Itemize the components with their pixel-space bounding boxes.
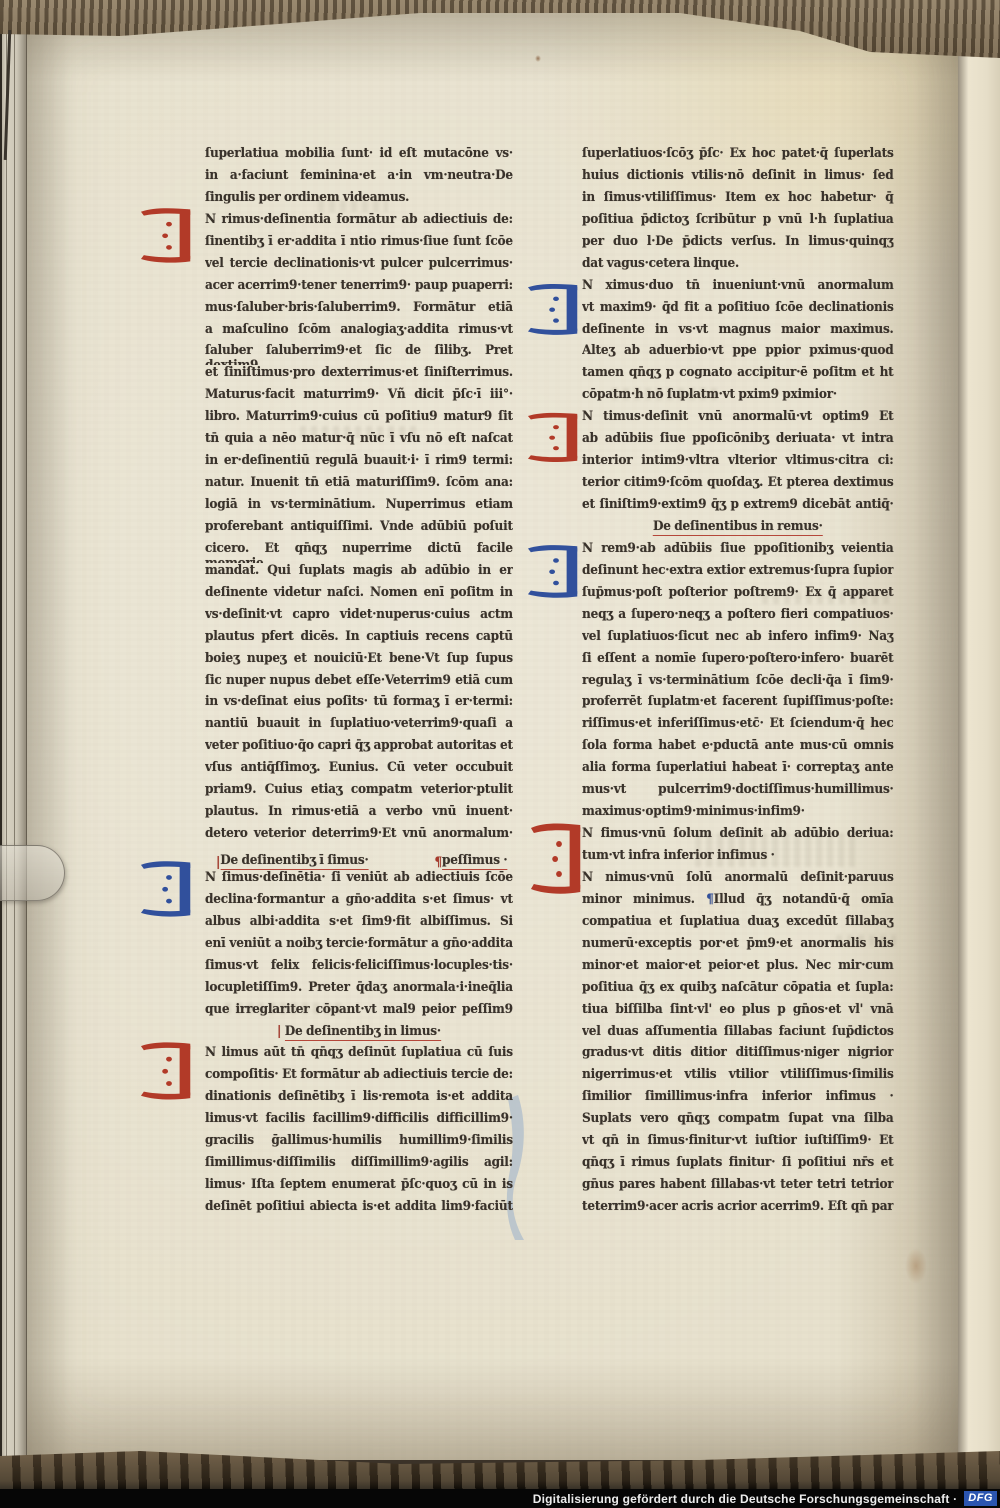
text-line: et ſiniſtim9·extim9 q̄ʒ p extrem9 dicebā…	[582, 497, 894, 519]
digitization-credit-bar: Digitalisierung gefördert durch die Deut…	[0, 1489, 1000, 1508]
text-line: deſinunt hec·extra extior extremus·ſupra…	[582, 563, 894, 585]
text-line: natur. Inuenit̄ tn̄ etiā maturiſſim9. ſc…	[205, 475, 513, 497]
text-line: ſup̄mus·poſt poſterior poſtrem9· Ex q̄ a…	[582, 585, 894, 607]
illuminated-initial-I-in-rimus	[140, 204, 198, 266]
text-line: N timus·deſinit vnū anormalū·vt optim9 E…	[582, 409, 894, 431]
text-line: vs·deſinit·vt capro videt̄·nuperus·cuius…	[205, 607, 513, 629]
text-line: nantiū buauit in ſuplatiuo·veterrim9·qua…	[205, 716, 513, 738]
text-line: plautus. In rimus·etiā a verbo vnū inuen…	[205, 804, 513, 826]
text-line: tn̄ quia a nēo matur·q̄ nūc ī vſu nō eſt…	[205, 431, 513, 453]
page-holder-clip	[0, 845, 65, 901]
text-line: ſimilior ſimillimus·infra inferior infim…	[582, 1089, 894, 1111]
text-line: gn̄us pares habent ſillabas·vt teter tet…	[582, 1177, 894, 1199]
digitized-manuscript-scan: ſuperlatiua mobilia ſunt· id eſt mutacōn…	[0, 0, 1000, 1508]
text-line: que irreglariter cōpant̄·vt mal9 peior p…	[205, 1002, 513, 1024]
text-line: alia forma ſuperlatiui habeat ī· corrept…	[582, 760, 894, 782]
underlying-page-edge	[955, 40, 1000, 1460]
text-line: mus·vt pulcerrim9·doctiſſimus·humillimus…	[582, 782, 894, 804]
text-line: locupletiſſim9. Preter q̄daʒ anormala·i·…	[205, 980, 513, 1002]
text-line: vt qn̄ in ſimus·finitur·vt iuſtior iuſti…	[582, 1133, 894, 1155]
text-line: ſimillimus·diſſimilis diſſimillim9·agili…	[205, 1155, 513, 1177]
text-line: N ximus·duo tn̄ inueniunt̄·vnū anormalum	[582, 278, 894, 300]
text-line: huius dictionis vtilis·nō deſinit in lim…	[582, 168, 894, 190]
text-line: limus·vt facilis facillim9·difficilis di…	[205, 1111, 513, 1133]
text-line: dat vagus·cetera linque.	[582, 256, 894, 278]
text-line: acer acerrim9·tener tenerrim9· paup puap…	[205, 278, 513, 300]
text-line: ſuperlatiua mobilia ſunt· id eſt mutacōn…	[205, 146, 513, 168]
text-line: deſinente in vs·vt magnus maior maximus.	[582, 322, 894, 344]
text-column-left: ſuperlatiua mobilia ſunt· id eſt mutacōn…	[205, 146, 513, 1221]
text-line: tum·vt infra inferior infimus ·	[582, 848, 894, 870]
text-line: riſſimus·et inferiſſimus·etc̄· Et ſciend…	[582, 716, 894, 738]
text-line: gracilis ḡallimus·humilis humillim9·ſimi…	[205, 1133, 513, 1155]
text-line: numerū·exceptis por·et p̄m9·et anormalis…	[582, 936, 894, 958]
dfg-logo: DFG	[964, 1491, 997, 1506]
text-line: ſinentibʒ ī er·addita ī ntio rimus·ſiue …	[205, 234, 513, 256]
text-line: mandat̄. Qui ſuplat̄s magis ab adūbio in…	[205, 563, 513, 585]
text-line: interior intim9·vltra vlterior vltimus·c…	[582, 453, 894, 475]
text-line: N ſimus·deſinētia· ſi veniūt ab adiectiu…	[205, 870, 513, 892]
text-line: ſingulis per ordinem videamus.	[205, 190, 513, 212]
illuminated-initial-I-in-simus	[140, 857, 198, 920]
text-line: declina·formantur a gn̄o·addita s·et ſim…	[205, 892, 513, 914]
text-line: N rem9·ab adūbiis ſiue ppoſitionibʒ veie…	[582, 541, 894, 563]
text-line: boieʒ nupeʒ et nouiciū·Et bene·Vt ſup ſu…	[205, 651, 513, 673]
text-line: nigerrimus·et vtilis vtilior vtiliſſimus…	[582, 1067, 894, 1089]
text-line: proferrēt ſuplat̄m·et facerent ſupiſſimu…	[582, 694, 894, 716]
section-heading: | De deſinentibʒ in limus·	[205, 1024, 513, 1046]
text-line: ſaluber ſaluberrim9·et ſic de ſilibʒ. Pr…	[205, 343, 513, 365]
text-line: neqʒ a ſupero·neqʒ a poſtero fieri compa…	[582, 607, 894, 629]
illuminated-initial-I-in-fimus-nimus	[530, 818, 588, 898]
text-line: a maſculino ſcōm analogiaʒ·addita rimus·…	[205, 322, 513, 344]
text-line: ab adūbiis ſiue ppoſicōnibʒ deriuata· vt…	[582, 431, 894, 453]
text-line: N fimus·vnū ſolum deſinit ab adūbio deri…	[582, 826, 894, 848]
text-line: ſuperlatiuos·ſcōʒ p̄ſc· Ex hoc patet·q̄ …	[582, 146, 894, 168]
text-line: teterrim9·acer acris acrior acerrim9. Eſ…	[582, 1199, 894, 1221]
text-line: compoſitis· Et formātur ab adiectiuis te…	[205, 1067, 513, 1089]
text-line: in ſimus·vtiliſſimus· Item ex hoc habetu…	[582, 190, 894, 212]
section-heading: |De deſinentibʒ ī ſimus·¶peſſimus ·	[205, 848, 513, 870]
text-line: vt maxim9· q̄d fit a poſitiuo ſcōe decli…	[582, 300, 894, 322]
text-line: poſitiua p̄dictoʒ ſcribūtur p vnū l·h̄ ſ…	[582, 212, 894, 234]
text-line: Suplat̄s vero qn̄qʒ compat̄m ſupat vna ſ…	[582, 1111, 894, 1133]
text-line: poſitiua q̄ʒ ex quibʒ naſcātur cōpatia e…	[582, 980, 894, 1002]
text-line: minor·et maior·et peior·et plus. Nec mir…	[582, 958, 894, 980]
text-line: qn̄qʒ ī rimus ſuplat̄s finitur· ſi poſit…	[582, 1155, 894, 1177]
illuminated-initial-I-in-remus	[527, 541, 585, 601]
credit-text: Digitalisierung gefördert durch die Deut…	[533, 1492, 958, 1506]
text-line: cicero. Et qn̄qʒ nuperrime dictū facile …	[205, 541, 513, 563]
text-line: terior citim9·ſcōm quoſdaʒ. Et pt̄erea d…	[582, 475, 894, 497]
text-line: minor minimus. ¶Illud q̄ʒ notandū·q̄ omī…	[582, 892, 894, 914]
text-line: compatiua et ſuplatiua duaʒ excedūt ſill…	[582, 914, 894, 936]
text-line: detero veterior deterrim9·Et vnū anormal…	[205, 826, 513, 848]
text-line: veter poſitiuo·q̄o capri q̄ʒ approbat au…	[205, 738, 513, 760]
text-line: in a·faciunt feminina·et a·in vm·neutra·…	[205, 168, 513, 190]
text-line: maximus·optim9·minimus·infim9·	[582, 804, 894, 826]
text-line: vel tercie declinationis·vt pulcer pulce…	[205, 256, 513, 278]
text-line: tiua biſſilba ſint·vl' eo plus p gn̄os·e…	[582, 1002, 894, 1024]
text-line: N nimus·vnū ſolū anormalū deſinit·paruus	[582, 870, 894, 892]
text-line: proferebant antiquiſſimi. Vnde adūbiū po…	[205, 519, 513, 541]
text-line: N rimus·deſinentia formātur ab adiectiui…	[205, 212, 513, 234]
text-line: dinationis deſinētibʒ ī lis·remota is·et…	[205, 1089, 513, 1111]
text-line: ſic nuper nupus debet eſſe·Veterrim9 eti…	[205, 673, 513, 695]
text-line: gradus·vt ditis ditior ditiſſimus·niger …	[582, 1045, 894, 1067]
illuminated-initial-I-in-timus	[527, 409, 585, 465]
text-column-right: ſuperlatiuos·ſcōʒ p̄ſc· Ex hoc patet·q̄ …	[582, 146, 894, 1221]
text-line: Maturus·facit maturrim9· Vñ dicit p̄ſc·ī…	[205, 387, 513, 409]
text-line: Alteʒ ab aduerbio·vt ppe ppior pximus·qu…	[582, 343, 894, 365]
text-line: vel duas aſſumentia ſillabas faciunt ſup…	[582, 1024, 894, 1046]
text-line: tamen qn̄qʒ p cognato accipitur·ē poſit̄…	[582, 365, 894, 387]
illuminated-initial-I-in-limus	[140, 1038, 198, 1103]
text-line: per duo l·De p̄dict̄s verſus. In limus·q…	[582, 234, 894, 256]
section-heading: De deſinentibus in remus·	[582, 519, 894, 541]
text-line: deſinente videtur naſci. Nomen enī poſit…	[205, 585, 513, 607]
text-line: ſola forma habet e·pductā ante mus·cū om…	[582, 738, 894, 760]
text-line: enī veniūt a noibʒ tercie·formātur a gn̄…	[205, 936, 513, 958]
text-line: limus· Iſta ſeptem enumerat p̄ſc·quoʒ cū…	[205, 1177, 513, 1199]
text-line: mus·ſaluber·bris·ſaluberrim9. Formātur e…	[205, 300, 513, 322]
text-line: vſus antiq̄ſſimoʒ. Eunius. Cū veter occu…	[205, 760, 513, 782]
book-photo: ſuperlatiua mobilia ſunt· id eſt mutacōn…	[0, 0, 1000, 1489]
text-line: regulaʒ ī vs·terminātium ſcōe decli·q̄a …	[582, 673, 894, 695]
page-stack-fore-edge	[0, 26, 29, 1466]
text-line: N limus aūt tn̄ qn̄qʒ deſinūt ſuplatiua …	[205, 1045, 513, 1067]
text-line: ſi eſſent a nomīe ſupero·poſtero·infero·…	[582, 651, 894, 673]
illuminated-initial-I-in-ximus	[527, 280, 585, 338]
text-line: in er·deſinentiū regulā buauit·i· ī rim9…	[205, 453, 513, 475]
text-line: deſinēt poſitiui abiecta is·et addita li…	[205, 1199, 513, 1221]
text-line: vel ſuplatiuos·ſicut nec ab infero infim…	[582, 629, 894, 651]
text-line: et ſiniſtimus·pro dexterrimus·et ſiniſte…	[205, 365, 513, 387]
text-line: cōpat̄m·h̄ nō ſuplat̄m·vt pxim9 pximior·	[582, 387, 894, 409]
text-line: in vs·deſinat eius poſit̄s· tū formaʒ ī …	[205, 694, 513, 716]
text-line: ſimus·vt felix felicis·feliciſſimus·locu…	[205, 958, 513, 980]
text-line: plautus pfert dicēs. In captiuis recens …	[205, 629, 513, 651]
text-line: albus albi·addita s·et ſim9·fit albiſſim…	[205, 914, 513, 936]
text-line: logiā in vs·terminātium. Nuperrimus etia…	[205, 497, 513, 519]
text-line: priam9. Cuius etiaʒ compat̄m veterior·pt…	[205, 782, 513, 804]
text-line: libro. Maturrim9·cuius cū poſitiu9 matur…	[205, 409, 513, 431]
